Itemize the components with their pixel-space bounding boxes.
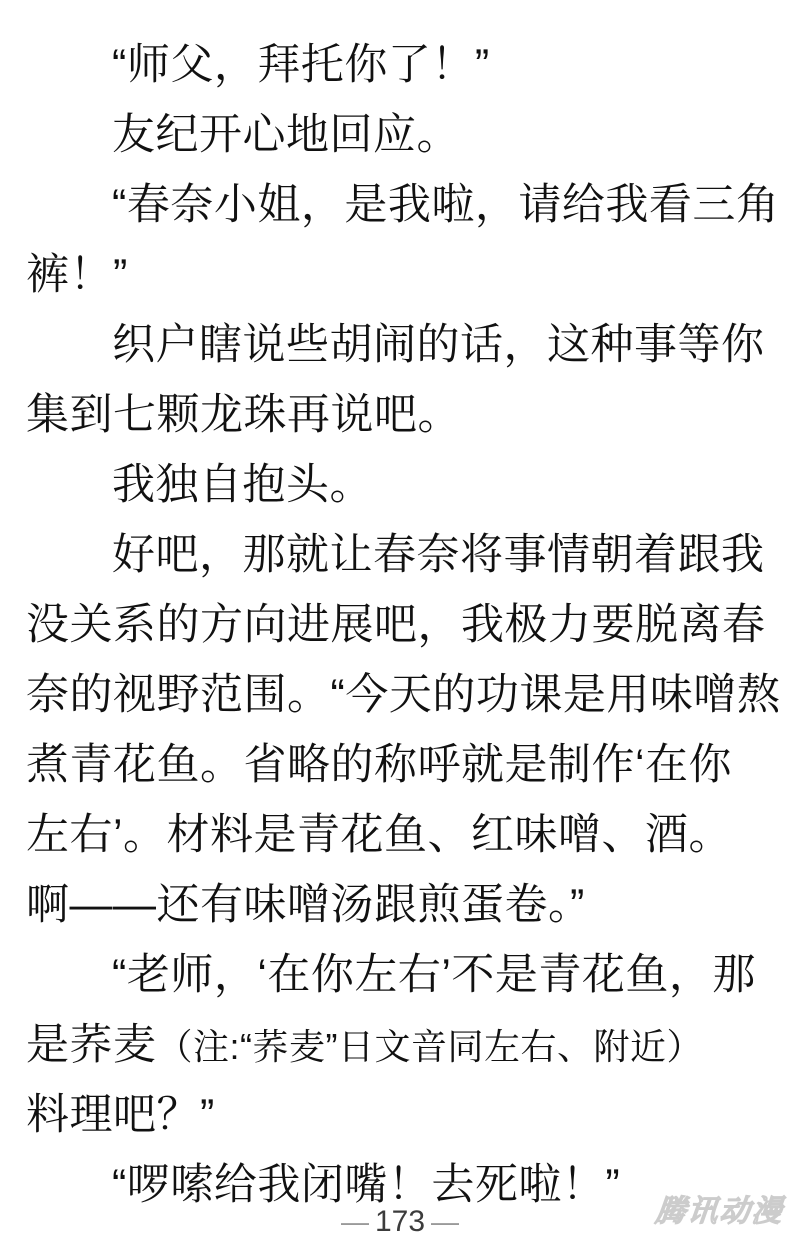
text-line: “春奈小姐，是我啦，请给我看三角: [26, 170, 776, 240]
text-line: 我独自抱头。: [26, 450, 776, 520]
footer-dash-right: —: [425, 1206, 465, 1237]
text-line: 煮青花鱼。省略的称呼就是制作‘在你: [26, 730, 776, 800]
text-line: 友纪开心地回应。: [26, 100, 776, 170]
text-line: 没关系的方向进展吧，我极力要脱离春: [26, 590, 776, 660]
novel-text-block: “师父，拜托你了！” 友纪开心地回应。 “春奈小姐，是我啦，请给我看三角 裤！”…: [0, 0, 800, 1220]
text-line: 是荞麦（注:“荞麦”日文音同左右、附近）: [26, 1010, 776, 1080]
text-line: 裤！”: [26, 240, 776, 310]
text-line: 料理吧？”: [26, 1080, 776, 1150]
text-line: 左右’。材料是青花鱼、红味噌、酒。: [26, 800, 776, 870]
text-line: 奈的视野范围。“今天的功课是用味噌熬: [26, 660, 776, 730]
text-line-main: 是荞麦: [26, 1021, 157, 1069]
footer-dash-left: —: [335, 1206, 375, 1237]
page-number: 173: [375, 1205, 425, 1238]
watermark-logo: 腾讯动漫: [654, 1186, 787, 1230]
text-line: 集到七颗龙珠再说吧。: [26, 380, 776, 450]
text-line: 织户瞎说些胡闹的话，这种事等你: [26, 310, 776, 380]
text-line: “老师，‘在你左右’不是青花鱼，那: [26, 940, 776, 1010]
text-line: 啊——还有味噌汤跟煎蛋卷。”: [26, 870, 776, 940]
text-line: 好吧，那就让春奈将事情朝着跟我: [26, 520, 776, 590]
translator-note: （注:“荞麦”日文音同左右、附近）: [157, 1026, 703, 1067]
ebook-page: “师父，拜托你了！” 友纪开心地回应。 “春奈小姐，是我啦，请给我看三角 裤！”…: [0, 0, 800, 1245]
text-line: “师父，拜托你了！”: [26, 30, 776, 100]
